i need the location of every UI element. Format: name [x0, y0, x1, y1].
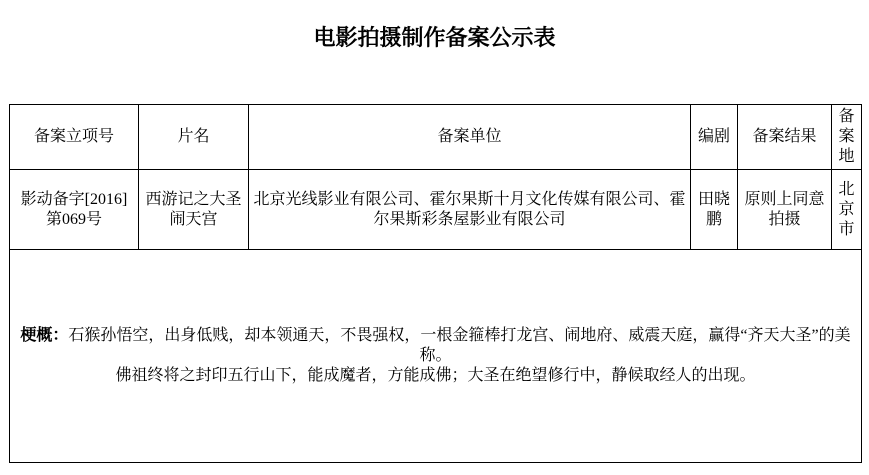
header-filing-unit: 备案单位 [249, 105, 691, 170]
cell-filing-result: 原则上同意拍摄 [738, 170, 832, 250]
cell-screenwriter: 田晓鹏 [691, 170, 738, 250]
cell-filing-number: 影动备字[2016]第069号 [10, 170, 139, 250]
header-screenwriter: 编剧 [691, 105, 738, 170]
cell-filing-unit: 北京光线影业有限公司、霍尔果斯十月文化传媒有限公司、霍尔果斯彩条屋影业有限公司 [249, 170, 691, 250]
filing-table: 备案立项号 片名 备案单位 编剧 备案结果 备案地 影动备字[2016]第069… [9, 104, 862, 463]
header-film-title: 片名 [139, 105, 249, 170]
header-filing-result: 备案结果 [738, 105, 832, 170]
cell-film-title: 西游记之大圣闹天宫 [139, 170, 249, 250]
synopsis-cell: 梗概：石猴孙悟空，出身低贱，却本领通天，不畏强权，一根金箍棒打龙宫、闹地府、威震… [10, 250, 862, 463]
header-filing-number: 备案立项号 [10, 105, 139, 170]
synopsis-paragraph-1: 梗概：石猴孙悟空，出身低贱，却本领通天，不畏强权，一根金箍棒打龙宫、闹地府、威震… [14, 326, 857, 366]
synopsis-paragraph-2: 佛祖终将之封印五行山下，能成魔者，方能成佛；大圣在绝望修行中，静候取经人的出现。 [14, 366, 857, 386]
table-data-row: 影动备字[2016]第069号 西游记之大圣闹天宫 北京光线影业有限公司、霍尔果… [10, 170, 862, 250]
table-header-row: 备案立项号 片名 备案单位 编剧 备案结果 备案地 [10, 105, 862, 170]
header-filing-location: 备案地 [832, 105, 862, 170]
cell-filing-location: 北京市 [832, 170, 862, 250]
synopsis-row: 梗概：石猴孙悟空，出身低贱，却本领通天，不畏强权，一根金箍棒打龙宫、闹地府、威震… [10, 250, 862, 463]
synopsis-text-1: 石猴孙悟空，出身低贱，却本领通天，不畏强权，一根金箍棒打龙宫、闹地府、威震天庭，… [68, 327, 850, 364]
page-title: 电影拍摄制作备案公示表 [0, 25, 869, 51]
synopsis-label: 梗概： [20, 327, 68, 344]
